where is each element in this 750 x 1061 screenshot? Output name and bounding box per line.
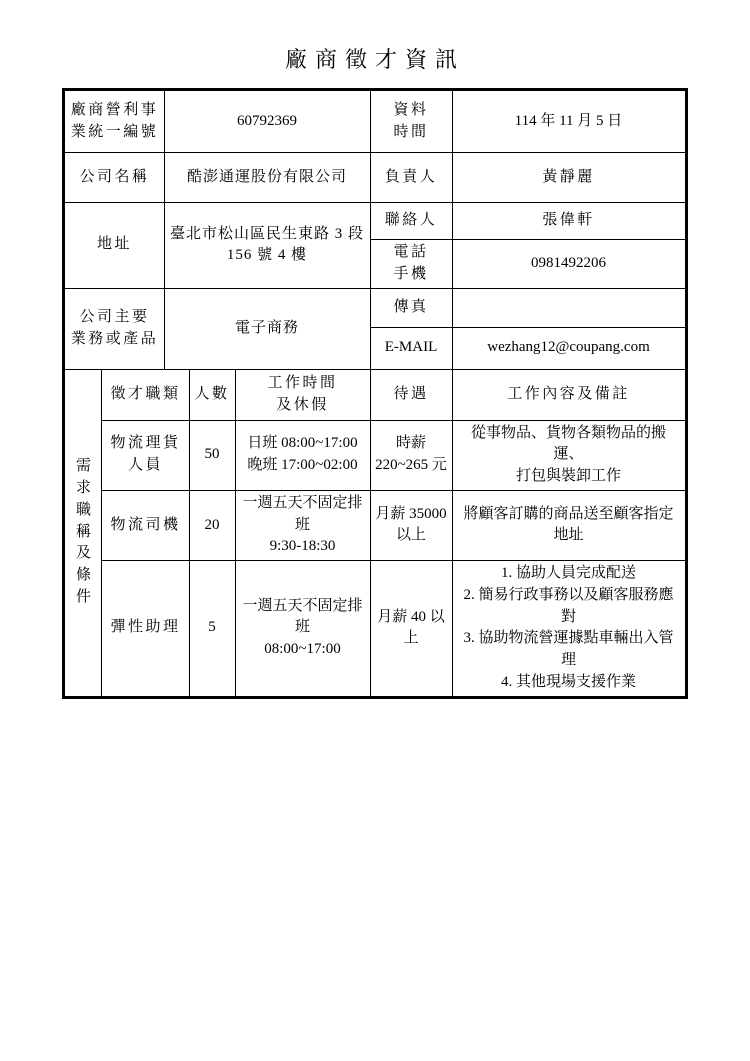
contact-value: 張偉軒 <box>452 203 686 240</box>
job-pay: 月薪 40 以 上 <box>370 561 452 698</box>
table-row: 地址 臺北市松山區民生東路 3 段 156 號 4 樓 聯絡人 張偉軒 <box>64 203 686 240</box>
phone-label: 電話 手機 <box>370 240 452 289</box>
jobs-header-row: 需 求 職 稱 及 條 件 徵才職類 人數 工作時間 及休假 待遇 工作內容及備… <box>64 369 686 420</box>
job-schedule: 一週五天不固定排班 9:30-18:30 <box>235 490 370 560</box>
header-pay: 待遇 <box>370 369 452 420</box>
job-details: 1. 協助人員完成配送 2. 簡易行政事務以及顧客服務應對 3. 協助物流營運據… <box>452 561 686 698</box>
table-row: 廠商營利事 業統一編號 60792369 資料 時間 114 年 11 月 5 … <box>64 90 686 153</box>
owner-label: 負責人 <box>370 153 452 203</box>
contact-label: 聯絡人 <box>370 203 452 240</box>
business-label: 公司主要 業務或產品 <box>64 288 164 369</box>
job-category: 彈性助理 <box>102 561 189 698</box>
tax-id-label: 廠商營利事 業統一編號 <box>64 90 164 153</box>
job-headcount: 50 <box>189 420 235 490</box>
jobs-section-label: 需 求 職 稱 及 條 件 <box>64 369 102 697</box>
job-details: 將顧客訂購的商品送至顧客指定地址 <box>452 490 686 560</box>
company-name-value: 酷澎通運股份有限公司 <box>164 153 370 203</box>
fax-value <box>452 288 686 327</box>
table-row: 公司名稱 酷澎通運股份有限公司 負責人 黃靜麗 <box>64 153 686 203</box>
email-label: E-MAIL <box>370 327 452 369</box>
tax-id-value: 60792369 <box>164 90 370 153</box>
job-row: 物流司機 20 一週五天不固定排班 9:30-18:30 月薪 35000 以上… <box>64 490 686 560</box>
fax-label: 傳真 <box>370 288 452 327</box>
phone-value: 0981492206 <box>452 240 686 289</box>
date-value: 114 年 11 月 5 日 <box>452 90 686 153</box>
header-category: 徵才職類 <box>102 369 189 420</box>
business-value: 電子商務 <box>164 288 370 369</box>
job-row: 彈性助理 5 一週五天不固定排班 08:00~17:00 月薪 40 以 上 1… <box>64 561 686 698</box>
job-category: 物流理貨 人員 <box>102 420 189 490</box>
recruitment-table: 廠商營利事 業統一編號 60792369 資料 時間 114 年 11 月 5 … <box>62 88 687 699</box>
job-headcount: 20 <box>189 490 235 560</box>
address-label: 地址 <box>64 203 164 289</box>
header-details: 工作內容及備註 <box>452 369 686 420</box>
page-title: 廠商徵才資訊 <box>0 0 750 75</box>
header-headcount: 人數 <box>189 369 235 420</box>
job-pay: 時薪 220~265 元 <box>370 420 452 490</box>
document-page: 廠商徵才資訊 廠商營利事 業統一編號 60792369 資料 時間 114 年 … <box>0 0 750 1061</box>
job-row: 物流理貨 人員 50 日班 08:00~17:00 晚班 17:00~02:00… <box>64 420 686 490</box>
header-schedule: 工作時間 及休假 <box>235 369 370 420</box>
address-value: 臺北市松山區民生東路 3 段 156 號 4 樓 <box>164 203 370 289</box>
job-category: 物流司機 <box>102 490 189 560</box>
job-headcount: 5 <box>189 561 235 698</box>
job-schedule: 一週五天不固定排班 08:00~17:00 <box>235 561 370 698</box>
job-schedule: 日班 08:00~17:00 晚班 17:00~02:00 <box>235 420 370 490</box>
email-value: wezhang12@coupang.com <box>452 327 686 369</box>
date-label: 資料 時間 <box>370 90 452 153</box>
job-details: 從事物品、貨物各類物品的搬運、 打包與裝卸工作 <box>452 420 686 490</box>
job-pay: 月薪 35000 以上 <box>370 490 452 560</box>
owner-value: 黃靜麗 <box>452 153 686 203</box>
table-row: 公司主要 業務或產品 電子商務 傳真 <box>64 288 686 327</box>
company-name-label: 公司名稱 <box>64 153 164 203</box>
